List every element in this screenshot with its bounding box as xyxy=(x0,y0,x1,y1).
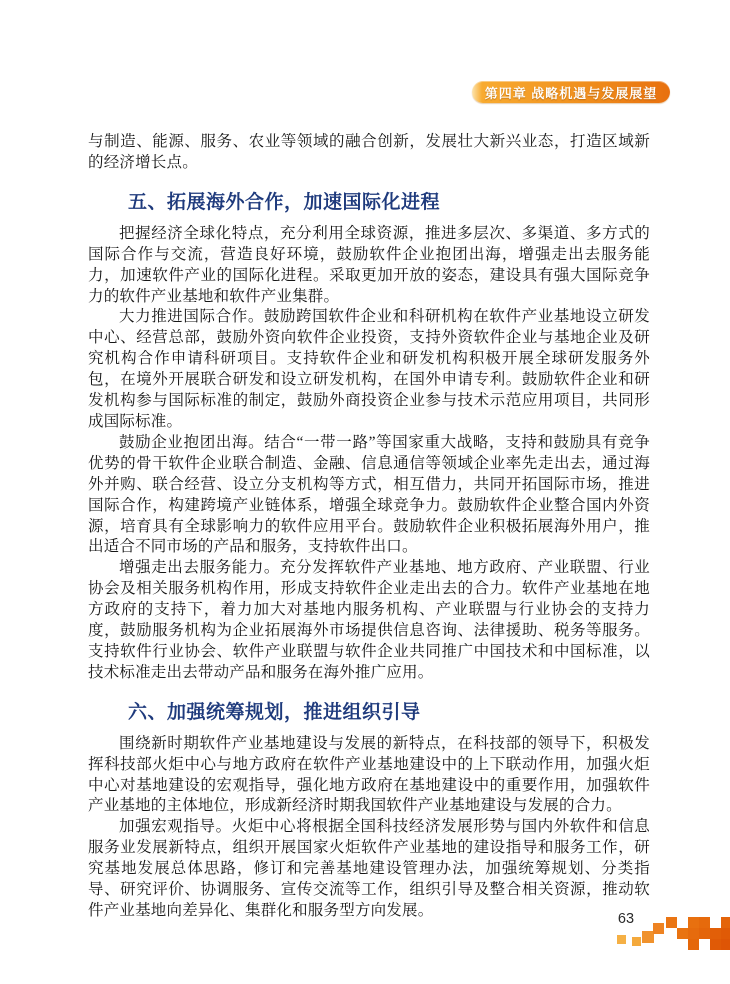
paragraph-continuation: 与制造、能源、服务、农业等领域的融合创新，发展壮大新兴业态，打造区域新的经济增长… xyxy=(88,132,650,174)
mosaic-square xyxy=(699,917,710,928)
mosaic-square xyxy=(710,928,721,939)
mosaic-square xyxy=(666,917,677,928)
chapter-header-badge: 第四章 战略机遇与发展展望 xyxy=(472,81,670,103)
mosaic-square xyxy=(677,928,688,939)
chapter-badge-label: 第四章 战略机遇与发展展望 xyxy=(485,83,658,102)
mosaic-square xyxy=(653,923,664,934)
section-6-paragraph-1: 围绕新时期软件产业基地建设与发展的新特点，在科技部的领导下，积极发挥科技部火炬中… xyxy=(88,734,650,818)
mosaic-square xyxy=(699,928,710,939)
section-6-paragraph-2: 加强宏观指导。火炬中心将根据全国科技经济发展形势与国内外软件和信息服务业发展新特… xyxy=(88,817,650,922)
document-page: 第四章 战略机遇与发展展望 与制造、能源、服务、农业等领域的融合创新，发展壮大新… xyxy=(0,0,730,984)
section-5-paragraph-2: 大力推进国际合作。鼓励跨国软件企业和科研机构在软件产业基地设立研发中心、经营总部… xyxy=(88,307,650,432)
mosaic-square xyxy=(721,917,730,928)
section-5-paragraph-4: 增强走出去服务能力。充分发挥软件产业基地、地方政府、产业联盟、行业协会及相关服务… xyxy=(88,558,650,683)
section-5-paragraph-1: 把握经济全球化特点，充分利用全球资源，推进多层次、多渠道、多方式的国际合作与交流… xyxy=(88,224,650,308)
mosaic-square xyxy=(632,937,641,946)
page-number: 63 xyxy=(614,911,638,927)
mosaic-square xyxy=(688,917,699,928)
section-heading-6: 六、加强统筹规划，推进组织引导 xyxy=(88,700,650,726)
mosaic-square xyxy=(710,939,721,950)
section-5-paragraph-3: 鼓励企业抱团出海。结合“一带一路”等国家重大战略，支持和鼓励具有竞争优势的骨干软… xyxy=(88,433,650,558)
mosaic-square xyxy=(721,928,730,939)
mosaic-square xyxy=(721,939,730,950)
mosaic-square xyxy=(688,939,699,950)
section-heading-5: 五、拓展海外合作，加速国际化进程 xyxy=(88,190,650,216)
mosaic-square xyxy=(688,928,699,939)
mosaic-square xyxy=(617,935,626,944)
page-content: 与制造、能源、服务、农业等领域的融合创新，发展壮大新兴业态，打造区域新的经济增长… xyxy=(88,132,650,922)
